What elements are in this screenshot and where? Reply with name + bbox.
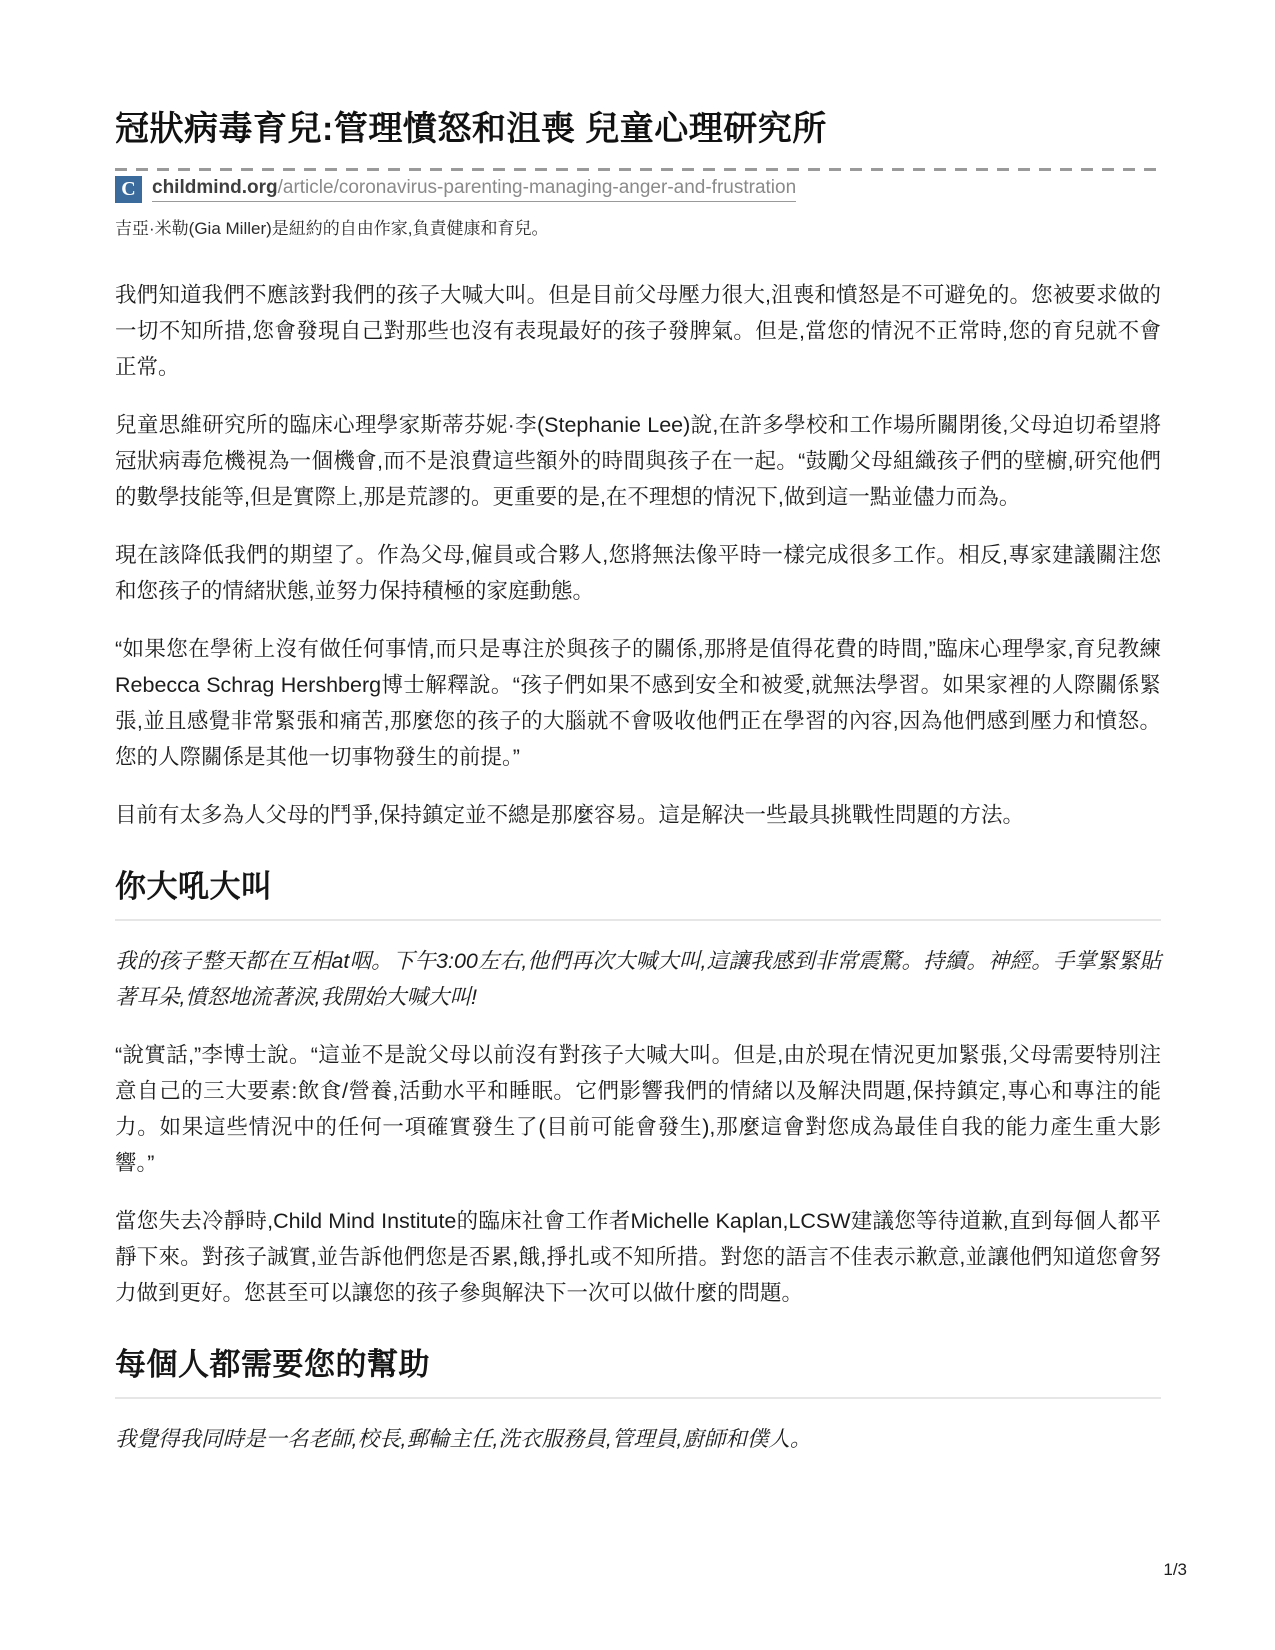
article-paragraph: 我們知道我們不應該對我們的孩子大喊大叫。但是目前父母壓力很大,沮喪和憤怒是不可避… — [115, 277, 1161, 385]
source-row: C childmind.org/article/coronavirus-pare… — [115, 175, 1161, 203]
article-url-link[interactable]: childmind.org/article/coronavirus-parent… — [152, 177, 796, 202]
article-paragraph: “說實話,”李博士說。“這並不是說父母以前沒有對孩子大喊大叫。但是,由於現在情況… — [115, 1037, 1161, 1181]
dashed-divider — [115, 168, 1161, 171]
article-paragraph: 現在該降低我們的期望了。作為父母,僱員或合夥人,您將無法像平時一樣完成很多工作。… — [115, 537, 1161, 609]
section-heading-you-yell: 你大吼大叫 — [115, 867, 1161, 921]
document-page: 冠狀病毒育兒:管理憤怒和沮喪 兒童心理研究所 C childmind.org/a… — [0, 0, 1275, 1650]
article-paragraph: “如果您在學術上沒有做任何事情,而只是專注於與孩子的關係,那將是值得花費的時間,… — [115, 631, 1161, 775]
author-byline: 吉亞·米勒(Gia Miller)是紐約的自由作家,負責健康和育兒。 — [115, 217, 1161, 241]
url-domain: childmind.org — [152, 177, 278, 198]
page-title: 冠狀病毒育兒:管理憤怒和沮喪 兒童心理研究所 — [115, 106, 1161, 152]
article-paragraph: 當您失去冷靜時,Child Mind Institute的臨床社會工作者Mich… — [115, 1203, 1161, 1311]
reader-quote: 我的孩子整天都在互相at咽。下午3:00左右,他們再次大喊大叫,這讓我感到非常震… — [115, 943, 1161, 1015]
article-content: 冠狀病毒育兒:管理憤怒和沮喪 兒童心理研究所 C childmind.org/a… — [115, 0, 1161, 1479]
site-favicon-icon: C — [115, 176, 142, 203]
page-number: 1/3 — [1163, 1560, 1187, 1580]
article-paragraph: 目前有太多為人父母的鬥爭,保持鎮定並不總是那麼容易。這是解決一些最具挑戰性問題的… — [115, 797, 1161, 833]
url-path: /article/coronavirus-parenting-managing-… — [278, 177, 797, 198]
section-heading-everyone-needs-help: 每個人都需要您的幫助 — [115, 1345, 1161, 1399]
article-paragraph: 兒童思維研究所的臨床心理學家斯蒂芬妮·李(Stephanie Lee)說,在許多… — [115, 407, 1161, 515]
reader-quote: 我覺得我同時是一名老師,校長,郵輪主任,洗衣服務員,管理員,廚師和僕人。 — [115, 1421, 1161, 1457]
